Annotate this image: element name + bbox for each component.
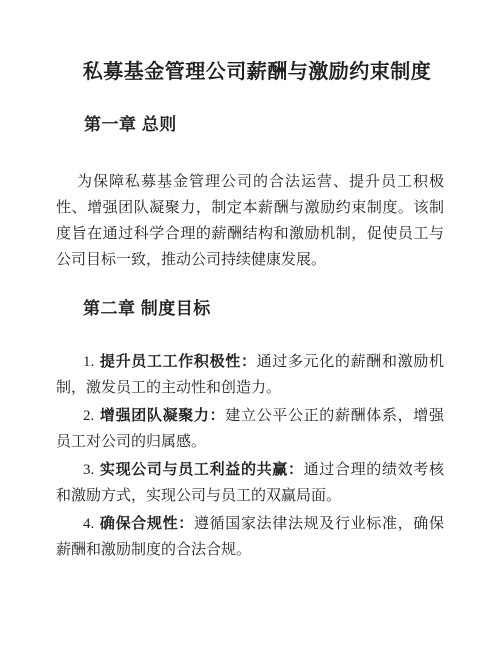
list-item: 1.提升员工工作积极性：通过多元化的薪酬和激励机制，激发员工的主动性和创造力。 [56,349,444,401]
section-heading-chapter-1: 第一章 总则 [84,113,444,137]
document-title: 私募基金管理公司薪酬与激励约束制度 [56,58,444,86]
intro-paragraph: 为保障私募基金管理公司的合法运营、提升员工积极性、增强团队凝聚力，制定本薪酬与激… [56,169,444,273]
item-number: 4. [83,516,94,532]
item-lead: 确保合规性： [99,515,194,532]
list-item: 2.增强团队凝聚力：建立公平公正的薪酬体系，增强员工对公司的归属感。 [56,403,444,455]
list-item: 4.确保合规性：遵循国家法律法规及行业标准，确保薪酬和激励制度的合法合规。 [56,511,444,563]
item-number: 2. [83,408,94,424]
item-lead: 实现公司与员工利益的共赢： [99,461,303,478]
goal-list: 1.提升员工工作积极性：通过多元化的薪酬和激励机制，激发员工的主动性和创造力。 … [56,349,444,563]
section-heading-chapter-2: 第二章 制度目标 [83,296,444,322]
item-lead: 增强团队凝聚力： [99,407,225,424]
item-number: 3. [83,462,94,478]
list-item: 3.实现公司与员工利益的共赢：通过合理的绩效考核和激励方式，实现公司与员工的双赢… [56,457,444,509]
item-number: 1. [83,354,94,370]
item-lead: 提升员工工作积极性： [99,353,256,370]
document-page: 私募基金管理公司薪酬与激励约束制度 第一章 总则 为保障私募基金管理公司的合法运… [0,0,500,647]
